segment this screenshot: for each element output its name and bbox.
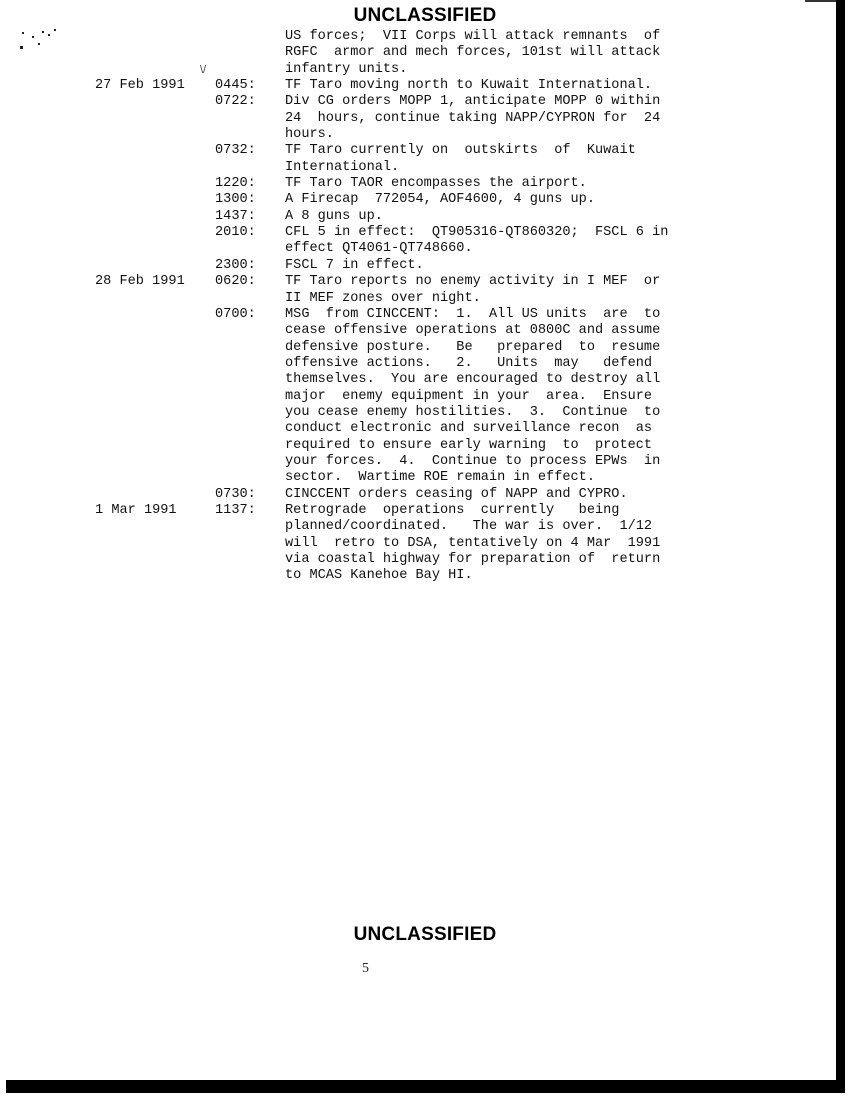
log-entry: 0732:TF Taro currently on outskirts of K… <box>0 143 850 176</box>
entry-text: MSG from CINCCENT: 1. All US units are t… <box>285 307 755 487</box>
log-entry: 1220:TF Taro TAOR encompasses the airpor… <box>0 176 850 192</box>
scan-edge-bottom <box>6 1080 845 1093</box>
entry-time: 0730: <box>215 487 275 503</box>
chronology-log: US forces; VII Corps will attack remnant… <box>0 29 850 585</box>
log-entry: 1437:A 8 guns up. <box>0 209 850 225</box>
entry-line: A 8 guns up. <box>285 209 755 225</box>
entry-text: A 8 guns up. <box>285 209 755 225</box>
classification-header: UNCLASSIFIED <box>0 5 850 27</box>
entry-text: US forces; VII Corps will attack remnant… <box>285 29 755 78</box>
entry-line: major enemy equipment in your area. Ensu… <box>285 389 755 405</box>
entry-time: 1300: <box>215 192 275 208</box>
log-entry: 2010:CFL 5 in effect: QT905316-QT860320;… <box>0 225 850 258</box>
entry-line: TF Taro moving north to Kuwait Internati… <box>285 78 755 94</box>
log-entry: 0700:MSG from CINCCENT: 1. All US units … <box>0 307 850 487</box>
entry-time: 2300: <box>215 258 275 274</box>
log-entry: 0722:Div CG orders MOPP 1, anticipate MO… <box>0 94 850 143</box>
entry-line: via coastal highway for preparation of r… <box>285 552 755 568</box>
entry-line: your forces. 4. Continue to process EPWs… <box>285 454 755 470</box>
entry-line: International. <box>285 160 755 176</box>
entry-time: 1137: <box>215 503 275 519</box>
entry-time: 1437: <box>215 209 275 225</box>
entry-line: planned/coordinated. The war is over. 1/… <box>285 519 755 535</box>
entry-line: themselves. You are encouraged to destro… <box>285 372 755 388</box>
log-entry: 0730:CINCCENT orders ceasing of NAPP and… <box>0 487 850 503</box>
entry-line: 24 hours, continue taking NAPP/CYPRON fo… <box>285 111 755 127</box>
classification-footer: UNCLASSIFIED <box>0 924 850 946</box>
entry-line: defensive posture. Be prepared to resume <box>285 340 755 356</box>
entry-line: TF Taro reports no enemy activity in I M… <box>285 274 755 290</box>
entry-text: Retrograde operations currently beingpla… <box>285 503 755 585</box>
entry-date: 28 Feb 1991 <box>95 274 215 290</box>
entry-text: TF Taro TAOR encompasses the airport. <box>285 176 755 192</box>
entry-line: you cease enemy hostilities. 3. Continue… <box>285 405 755 421</box>
entry-line: RGFC armor and mech forces, 101st will a… <box>285 45 755 61</box>
entry-date: 27 Feb 1991 <box>95 78 215 94</box>
entry-text: CFL 5 in effect: QT905316-QT860320; FSCL… <box>285 225 755 258</box>
entry-time: 0700: <box>215 307 275 323</box>
entry-line: TF Taro currently on outskirts of Kuwait <box>285 143 755 159</box>
entry-time: 0722: <box>215 94 275 110</box>
entry-line: hours. <box>285 127 755 143</box>
entry-line: II MEF zones over night. <box>285 291 755 307</box>
entry-time: 0445: <box>215 78 275 94</box>
entry-line: TF Taro TAOR encompasses the airport. <box>285 176 755 192</box>
entry-text: TF Taro moving north to Kuwait Internati… <box>285 78 755 94</box>
entry-time: 2010: <box>215 225 275 241</box>
log-entry: 1300:A Firecap 772054, AOF4600, 4 guns u… <box>0 192 850 208</box>
entry-line: offensive actions. 2. Units may defend <box>285 356 755 372</box>
log-entry: US forces; VII Corps will attack remnant… <box>0 29 850 78</box>
log-entry: 1 Mar 19911137:Retrograde operations cur… <box>0 503 850 585</box>
log-entry: 27 Feb 19910445:TF Taro moving north to … <box>0 78 850 94</box>
entry-text: TF Taro reports no enemy activity in I M… <box>285 274 755 307</box>
entry-time: 0732: <box>215 143 275 159</box>
entry-text: FSCL 7 in effect. <box>285 258 755 274</box>
entry-line: conduct electronic and surveillance reco… <box>285 421 755 437</box>
entry-text: TF Taro currently on outskirts of Kuwait… <box>285 143 755 176</box>
scan-edge-top <box>805 0 840 2</box>
entry-line: Div CG orders MOPP 1, anticipate MOPP 0 … <box>285 94 755 110</box>
entry-line: to MCAS Kanehoe Bay HI. <box>285 568 755 584</box>
entry-line: FSCL 7 in effect. <box>285 258 755 274</box>
entry-line: effect QT4061-QT748660. <box>285 241 755 257</box>
entry-time: 0620: <box>215 274 275 290</box>
entry-text: Div CG orders MOPP 1, anticipate MOPP 0 … <box>285 94 755 143</box>
entry-line: cease offensive operations at 0800C and … <box>285 323 755 339</box>
entry-line: will retro to DSA, tentatively on 4 Mar … <box>285 536 755 552</box>
entry-line: Retrograde operations currently being <box>285 503 755 519</box>
entry-line: MSG from CINCCENT: 1. All US units are t… <box>285 307 755 323</box>
entry-line: required to ensure early warning to prot… <box>285 438 755 454</box>
entry-line: sector. Wartime ROE remain in effect. <box>285 470 755 486</box>
entry-text: A Firecap 772054, AOF4600, 4 guns up. <box>285 192 755 208</box>
entry-line: CFL 5 in effect: QT905316-QT860320; FSCL… <box>285 225 755 241</box>
document-page: \/ UNCLASSIFIED US forces; VII Corps wil… <box>0 0 850 1097</box>
log-entry: 28 Feb 19910620:TF Taro reports no enemy… <box>0 274 850 307</box>
entry-line: US forces; VII Corps will attack remnant… <box>285 29 755 45</box>
log-entry: 2300:FSCL 7 in effect. <box>0 258 850 274</box>
entry-line: infantry units. <box>285 62 755 78</box>
entry-date: 1 Mar 1991 <box>95 503 215 519</box>
entry-line: CINCCENT orders ceasing of NAPP and CYPR… <box>285 487 755 503</box>
entry-time: 1220: <box>215 176 275 192</box>
page-number: 5 <box>362 961 369 977</box>
entry-text: CINCCENT orders ceasing of NAPP and CYPR… <box>285 487 755 503</box>
entry-line: A Firecap 772054, AOF4600, 4 guns up. <box>285 192 755 208</box>
